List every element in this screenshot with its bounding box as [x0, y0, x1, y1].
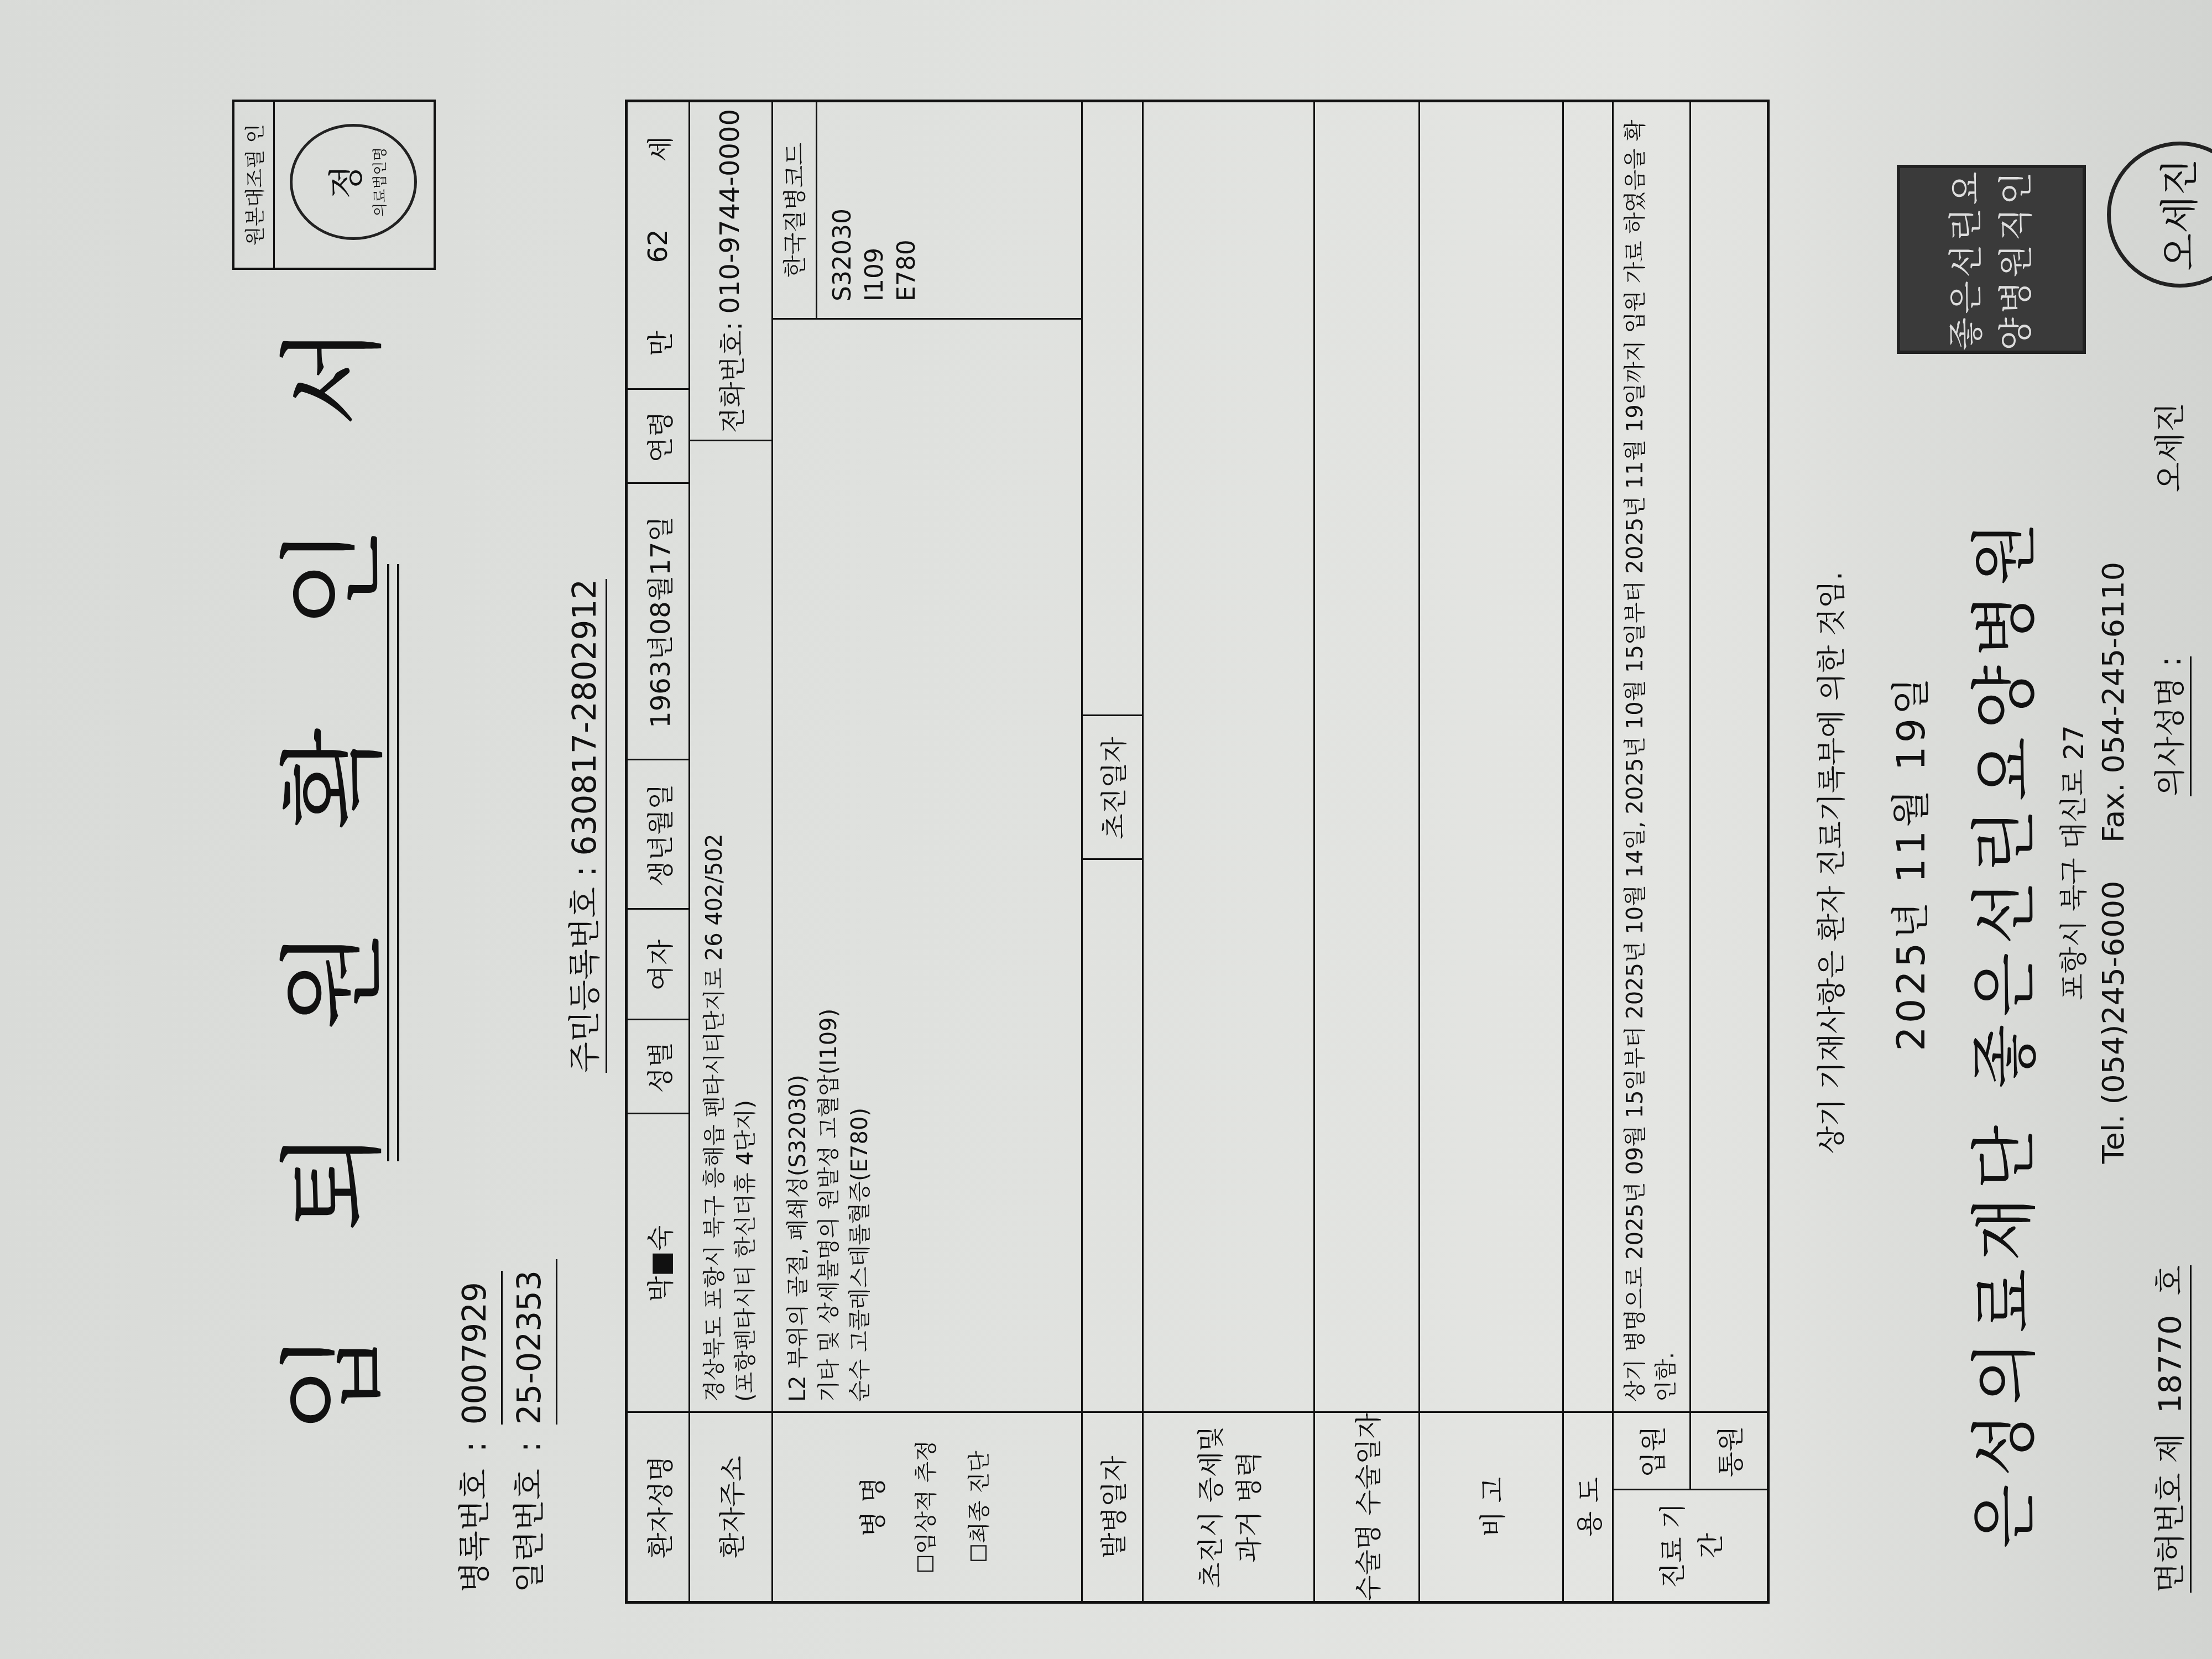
- surgery-label: 수술명 수술일자: [1313, 1411, 1418, 1601]
- history-value: [1142, 102, 1313, 1413]
- remarks-row: 비 고: [1418, 102, 1564, 1601]
- remarks-label: 비 고: [1418, 1411, 1562, 1601]
- diagnosis-row: 병 명 ☐임상적 추정 ☐최종 진단 L2 부위의 골절, 폐쇄성(S32030…: [771, 102, 1083, 1601]
- phone-label: 전화번호:: [711, 321, 749, 433]
- resident-id-label: 주민등록번호: [566, 887, 607, 1073]
- kcd-code: I109: [859, 119, 891, 301]
- age-suffix: 세: [639, 136, 677, 161]
- sex-label: 성별: [628, 1019, 688, 1114]
- license-value: 18770: [2152, 1315, 2188, 1413]
- patient-address-row: 환자주소 경상북도 포항시 북구 흥해읍 펜타시티단지로 26 402/502 …: [688, 102, 773, 1601]
- kcd-code: S32030: [827, 119, 859, 301]
- license-label: 면허번호 제: [2152, 1433, 2188, 1593]
- final-checkbox[interactable]: ☐최종 진단: [964, 1451, 995, 1563]
- onset-row: 발병일자 초진일자: [1081, 102, 1144, 1601]
- clinic-name: 은성의료재단 좋은선린요양병원: [1952, 514, 2047, 1548]
- surgery-value: [1313, 102, 1418, 1413]
- surgery-row: 수술명 수술일자: [1313, 102, 1420, 1601]
- document-meta: 병록번호 : 0007929 일련번호 : 25-02353: [448, 1259, 557, 1593]
- diagnosis-line: 순수 고콜레스테롤혈증(E780): [844, 1108, 875, 1402]
- diagnosis-values: L2 부위의 골절, 폐쇄성(S32030) 기타 및 상세불명의 원발성 고혈…: [771, 318, 1081, 1413]
- kcd-label: 한국질병코드: [771, 102, 817, 318]
- birth-label: 생년월일: [628, 759, 688, 910]
- history-label: 초진시 증세및 과거 병력: [1142, 1411, 1313, 1601]
- patient-name-row: 환자성명 박■숙 성별 여자 생년월일 1963년08월17일 연령 만 62 …: [628, 102, 690, 1601]
- age-value: 62: [643, 229, 674, 263]
- kcd-codes: S32030 I109 E780: [816, 102, 934, 318]
- period-row: 진료 기간 입원 상기 병명으로 2025년 09월 15일부터 2025년 1…: [1612, 102, 1767, 1601]
- provisional-checkbox[interactable]: ☐임상적 추정: [911, 1440, 942, 1574]
- clinic-address: 포항시 북구 대신로 27: [2052, 100, 2091, 1626]
- record-number-label: 병록번호: [448, 1469, 503, 1593]
- patient-name-value: 박■숙: [628, 1113, 688, 1413]
- colon: :: [503, 1441, 557, 1452]
- record-number-value: 0007929: [448, 1271, 503, 1425]
- clinic-fax: Fax. 054-245-6110: [2096, 562, 2131, 843]
- outpatient-subrow: 통원: [1689, 102, 1767, 1490]
- onset-label: 발병일자: [1081, 1411, 1142, 1601]
- diagnosis-line: 기타 및 상세불명의 원발성 고혈압(I109): [813, 1009, 844, 1402]
- resident-id-value: 630817-2802912: [566, 579, 606, 856]
- birth-value: 1963년08월17일: [628, 482, 688, 760]
- address-line-1: 경상북도 포항시 북구 흥해읍 펜타시티단지로 26 402/502: [699, 833, 730, 1402]
- address-label: 환자주소: [688, 1411, 771, 1601]
- serial-number-row: 일련번호 : 25-02353: [503, 1259, 557, 1593]
- doctor-name: 오세진: [2146, 403, 2190, 492]
- outpatient-text: [1689, 102, 1767, 1413]
- resident-id: 주민등록번호 : 630817-2802912: [559, 579, 605, 1073]
- title-underline: [387, 564, 399, 1161]
- outpatient-label: 통원: [1689, 1411, 1767, 1490]
- diagnosis-label: 병 명: [858, 1477, 889, 1537]
- diagnosis-label-cell: 병 명 ☐임상적 추정 ☐최종 진단: [771, 1411, 1081, 1601]
- age-value-cell: 만 62 세: [628, 102, 688, 390]
- onset-value: [1081, 858, 1142, 1413]
- inpatient-label: 입원: [1612, 1411, 1689, 1490]
- document-title: 입 퇴 원 확 인 서: [249, 100, 400, 1626]
- record-number-row: 병록번호 : 0007929: [448, 1259, 503, 1593]
- serial-number-label: 일련번호: [503, 1469, 557, 1593]
- phone-value: 010-9744-0000: [714, 109, 745, 314]
- license-suffix: 호: [2152, 1265, 2188, 1295]
- license-number: 면허번호 제 18770 호: [2146, 1265, 2192, 1593]
- first-visit-label: 초진일자: [1081, 714, 1142, 860]
- address-line-2: (포항펜타시티 한신더휴 4단지): [730, 1100, 761, 1402]
- attestation-text: 상기 기재사항은 환자 진료기록부에 의한 것임.: [1808, 100, 1850, 1626]
- phone-cell: 전화번호: 010-9744-0000: [688, 102, 771, 440]
- inpatient-subrow: 입원 상기 병명으로 2025년 09월 15일부터 2025년 10월 14일…: [1612, 102, 1691, 1490]
- remarks-value: [1418, 102, 1562, 1413]
- age-prefix: 만: [639, 331, 677, 356]
- sex-value: 여자: [628, 908, 688, 1020]
- first-visit-value: [1081, 102, 1142, 716]
- clinic-tel: Tel. (054)245-6000: [2096, 881, 2131, 1164]
- patient-name-label: 환자성명: [628, 1411, 688, 1601]
- certificate-table: 환자성명 박■숙 성별 여자 생년월일 1963년08월17일 연령 만 62 …: [625, 100, 1770, 1604]
- certificate-document: 원본대조필 인 정 의료법인명 입 퇴 원 확 인 서 병록번호 : 00079…: [182, 100, 2162, 1626]
- diagnosis-line: L2 부위의 골절, 폐쇄성(S32030): [782, 1074, 813, 1402]
- serial-number-value: 25-02353: [503, 1259, 557, 1425]
- age-label: 연령: [628, 388, 688, 484]
- colon: :: [448, 1441, 503, 1452]
- address-value: 경상북도 포항시 북구 흥해읍 펜타시티단지로 26 402/502 (포항펜타…: [688, 440, 771, 1413]
- purpose-label: 용 도: [1562, 1411, 1612, 1601]
- period-label: 진료 기간: [1612, 1489, 1767, 1601]
- doctor-label: 의사성명 :: [2146, 656, 2192, 796]
- inpatient-text: 상기 병명으로 2025년 09월 15일부터 2025년 10월 14일, 2…: [1612, 102, 1689, 1413]
- clinic-contact: Tel. (054)245-6000 Fax. 054-245-6110: [2096, 100, 2131, 1626]
- purpose-value: [1562, 102, 1612, 1413]
- purpose-row: 용 도: [1562, 102, 1614, 1601]
- history-row: 초진시 증세및 과거 병력: [1142, 102, 1315, 1601]
- kcd-code: E780: [891, 119, 923, 301]
